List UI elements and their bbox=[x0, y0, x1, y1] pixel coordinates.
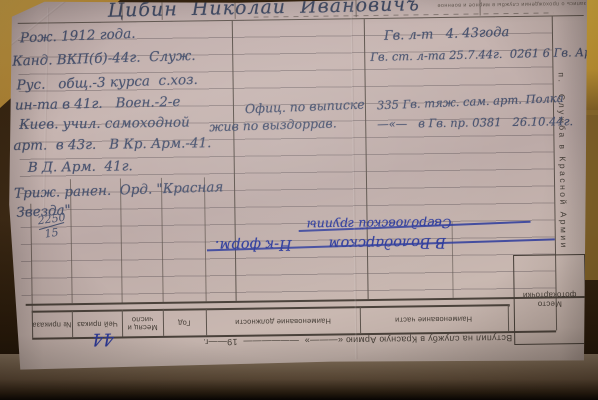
header-position-name: Наименование должности bbox=[235, 317, 331, 326]
photo-placeholder-box: Место фотокарточки bbox=[513, 254, 586, 345]
hw-school-2: арт. в 43г. В Кр. Арм.-41. bbox=[13, 135, 211, 154]
grid-tick bbox=[479, 0, 480, 15]
grid-tick bbox=[355, 0, 356, 17]
header-unit-name: Наименование части bbox=[395, 315, 472, 324]
hw-unit-2: —«— в Гв. пр. 0381 26.10.44г. bbox=[377, 114, 573, 131]
enlist-year-blue: 44 bbox=[92, 329, 114, 349]
service-record-card: запись о прохождении службы в мирное и в… bbox=[3, 0, 594, 372]
photo-box-label: Место bbox=[538, 300, 562, 308]
wood-table-edge bbox=[585, 110, 598, 280]
margin-fraction-note: 2250 15 bbox=[37, 212, 68, 241]
header-whose-order: Чей приказ bbox=[76, 320, 117, 329]
header-month-day: Месяц и число bbox=[122, 315, 163, 332]
photo-of-service-card: запись о прохождении службы в мирное и в… bbox=[0, 0, 598, 400]
header-year: Год bbox=[178, 319, 191, 327]
service-in-red-army-label: п. Служба в Красной Армии bbox=[556, 72, 569, 292]
fine-print-note: запись о прохождении службы в мирное и в… bbox=[433, 0, 589, 8]
header-order-number: № приказа bbox=[32, 320, 72, 329]
